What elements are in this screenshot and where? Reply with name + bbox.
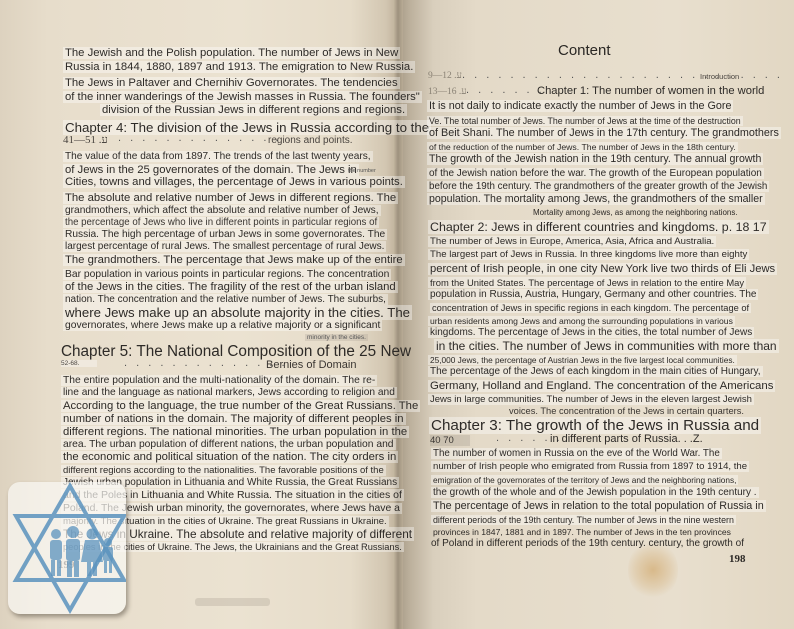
toc-entry-introduction[interactable]: Introduction [700,72,739,81]
chapter3-line: provinces in 1847, 1881 and in 1897. The… [433,527,731,537]
toc-pages: 13—16 .ע [428,87,467,97]
paper-stain [628,540,678,600]
chapter1-line: of the Jewish nation before the war. The… [427,168,764,179]
chapter4-line: The grandmothers. The percentage that Je… [63,254,405,266]
chapter2-line: from the United States. The percentage o… [428,277,746,288]
intro-line: Russia in 1844, 1880, 1897 and 1913. The… [63,61,415,73]
chapter4-line: grandmothers, which affect the absolute … [63,205,381,216]
chapter5-line: line and the language as national marker… [61,387,397,398]
toc-entry-chapter3[interactable]: Chapter 3: The growth of the Jews in Rus… [429,417,761,434]
chapter4-line: The value of the data from 1897. The tre… [63,151,373,162]
chapter1-line: Mortality among Jews, as among the neigh… [533,208,738,217]
chapter2-line: The largest part of Jews in Russia. In t… [428,249,749,260]
chapter1-line: It is not daily to indicate exactly the … [427,100,733,112]
chapter4-line: Russia. The high percentage of urban Jew… [63,229,387,240]
chapter3-pages: 40 70 [430,435,470,446]
chapter3-line: number of Irish people who emigrated fro… [431,461,749,472]
star-of-david-family-icon [8,482,126,614]
chapter5-line: the economic and political situation of … [61,451,398,463]
chapter2-line: The number of Jews in Europe, America, A… [428,236,716,247]
chapter5-leader-dots: . . . . . . . . . . . . . . [124,357,288,369]
chapter5-line: different regions. The national minoriti… [61,426,409,438]
chapter4-line: Cities, towns and villages, the percenta… [63,176,405,188]
chapter2-line: The percentage of the Jews of each kingd… [428,366,763,377]
chapter4-line: of the Jews in the cities. The fragility… [63,281,398,293]
right-page-number: 198 [729,553,746,565]
chapter3-line: The percentage of Jews in relation to th… [431,500,766,512]
chapter2-line: Germany, Holland and England. The concen… [428,380,775,392]
intro-line: The Jews in Paltaver and Chernihiv Gover… [63,77,400,89]
chapter4-line: largest percentage of rural Jews. The sm… [63,241,386,252]
chapter2-line: kingdoms. The percentage of Jews in the … [428,327,754,338]
bleed-through-mark [195,598,270,606]
chapter1-line: population. The mortality among Jews, th… [427,193,765,205]
chapter3-heading-cont: in different parts of Russia. . .Z. [550,433,703,445]
intro-line: The Jewish and the Polish population. Th… [63,47,400,59]
intro-line: of the inner wanderings of the Jewish ma… [63,91,422,103]
chapter4-line: minority in the cities. [305,334,368,341]
chapter5-line: different regions according to the natio… [61,465,386,476]
chapter2-line: 25,000 Jews, the percentage of Austrian … [428,355,737,365]
chapter1-line: of the reduction of the number of Jews. … [427,142,738,152]
chapter2-line: population in Russia, Austria, Hungary, … [428,289,758,300]
chapter2-line: in the cities. The number of Jews in com… [434,339,779,353]
chapter4-line: governorates, where Jews make up a relat… [63,320,382,331]
chapter4-line: the percentage of Jews who live in diffe… [63,217,379,228]
chapter5-line: area. The urban population of different … [61,439,396,450]
chapter4-pages: 41—51 .ע [63,134,108,146]
chapter2-line: concentration of Jews in specific region… [430,303,751,313]
chapter4-line: Bar population in various points in part… [63,269,391,280]
chapter3-line: of Poland in different periods of the 19… [431,538,744,549]
chapter3-line: the growth of the whole and of the Jewis… [431,487,759,498]
chapter5-heading-cont: Bernies of Domain [266,359,357,371]
chapter3-line: The number of women in Russia on the eve… [431,448,722,459]
chapter1-line: Ve. The total number of Jews. The number… [427,116,743,126]
chapter4-heading-cont: regions and points. [268,135,353,146]
chapter1-line: before the 19th century. The grandmother… [427,181,769,192]
chapter1-line: of Beit Shani. The number of Jews in the… [427,127,781,139]
chapter5-line: The entire population and the multi-nati… [61,375,377,386]
chapter5-line: number of nations in the domain. The maj… [61,413,406,425]
chapter4-line: of Jews in the 25 governorates of the do… [63,164,359,176]
chapter3-line: different periods of the 19th century. T… [431,515,736,525]
chapter2-line: percent of Irish people, in one city New… [428,263,777,275]
book-spread: The Jewish and the Polish population. Th… [0,0,794,629]
chapter4-line: The absolute and relative number of Jews… [63,192,398,204]
chapter4-line: where Jews make up an absolute majority … [63,305,412,320]
watermark-graphic [8,482,126,614]
chapter5-line: According to the language, the true numb… [61,400,420,412]
toc-leader-dots: . . . . . . . [466,84,545,96]
chapter2-line: voices. The concentration of the Jews in… [509,406,744,416]
contents-title: Content [558,42,611,59]
chapter4-line: nation. The concentration and the relati… [63,294,388,305]
chapter2-line: urban residents among Jews and among the… [428,316,735,326]
chapter5-pages: 52-68. [61,360,97,367]
toc-pages: 9—12 .ע [428,71,462,81]
toc-entry-chapter1[interactable]: Chapter 1: The number of women in the wo… [537,85,764,97]
chapter3-line: emigration of the governorates of the te… [431,475,738,485]
intro-line: division of the Russian Jews in differen… [100,104,407,116]
toc-entry-chapter2[interactable]: Chapter 2: Jews in different countries a… [428,220,769,234]
chapter2-line: Jews in large communities. The number of… [428,394,754,405]
chapter4-margin-note: the number [348,168,376,174]
chapter1-line: The growth of the Jewish nation in the 1… [427,153,763,165]
